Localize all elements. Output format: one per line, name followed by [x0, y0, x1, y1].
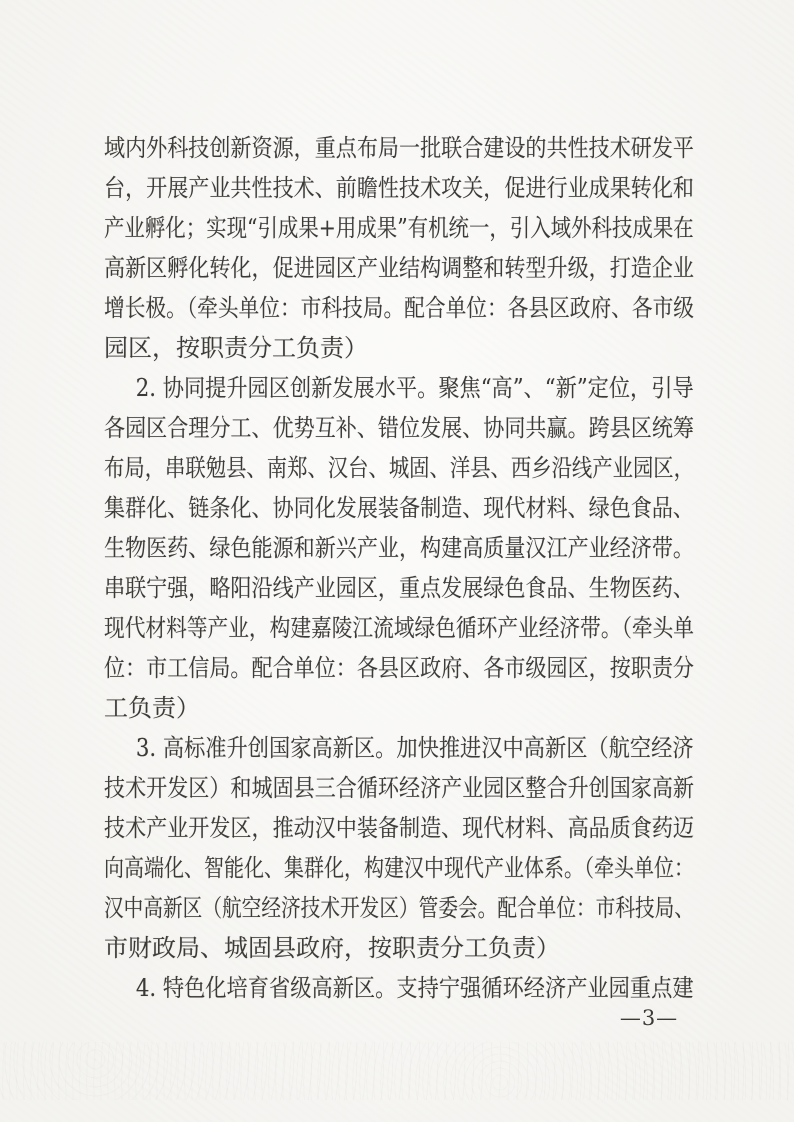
page-number: —3— — [617, 1003, 681, 1033]
paragraph-continuation: 域内外科技创新资源，重点布局一批联合建设的共性技术研发平 台，开展产业共性技术、… — [104, 128, 694, 368]
text-line: 各园区合理分工、优势互补、错位发展、协同共赢。跨县区统筹 — [104, 408, 622, 448]
paragraph-item-4: 4. 特色化培育省级高新区。支持宁强循环经济产业园重点建 — [104, 968, 694, 1008]
document-body: 域内外科技创新资源，重点布局一批联合建设的共性技术研发平 台，开展产业共性技术、… — [104, 128, 694, 1008]
paragraph-item-3: 3. 高标准升创国家高新区。加快推进汉中高新区（航空经济 技术开发区）和城固县三… — [104, 728, 694, 968]
text-line: 汉中高新区（航空经济技术开发区）管委会。配合单位：市科技局、 — [104, 888, 587, 928]
text-line: 产业孵化；实现“引成果+用成果”有机统一，引入域外科技成果在 — [104, 208, 606, 248]
text-line: 串联宁强，略阳沿线产业园区，重点发展绿色食品、生物医药、 — [104, 568, 622, 608]
text-line: 高新区孵化转化，促进园区产业结构调整和转型升级，打造企业 — [104, 248, 622, 288]
text-line: 现代材料等产业，构建嘉陵江流域绿色循环产业经济带。（牵头单 — [104, 608, 613, 648]
text-line: 园区，按职责分工负责） — [104, 328, 694, 368]
text-line: 域内外科技创新资源，重点布局一批联合建设的共性技术研发平 — [104, 128, 622, 168]
text-line: 工负责） — [104, 688, 694, 728]
text-line: 市财政局、城固县政府，按职责分工负责） — [104, 928, 694, 968]
text-line: 技术产业开发区，推动汉中装备制造、现代材料、高品质食药迈 — [104, 808, 622, 848]
text-line: 生物医药、绿色能源和新兴产业，构建高质量汉江产业经济带。 — [104, 528, 622, 568]
text-line: 位：市工信局。配合单位：各县区政府、各市级园区，按职责分 — [104, 648, 622, 688]
text-line: 2. 协同提升园区创新发展水平。聚焦“高”、“新”定位，引导 — [104, 368, 625, 408]
text-line: 增长极。（牵头单位：市科技局。配合单位：各县区政府、各市级 — [104, 288, 613, 328]
text-line: 3. 高标准升创国家高新区。加快推进汉中高新区（航空经济 — [104, 728, 626, 768]
scan-noise-band — [0, 1042, 794, 1100]
text-line: 台，开展产业共性技术、前瞻性技术攻关，促进行业成果转化和 — [104, 168, 622, 208]
paragraph-item-2: 2. 协同提升园区创新发展水平。聚焦“高”、“新”定位，引导 各园区合理分工、优… — [104, 368, 694, 728]
text-line: 集群化、链条化、协同化发展装备制造、现代材料、绿色食品、 — [104, 488, 622, 528]
text-line: 4. 特色化培育省级高新区。支持宁强循环经济产业园重点建 — [104, 968, 626, 1008]
text-line: 向高端化、智能化、集群化，构建汉中现代产业体系。（牵头单位： — [104, 848, 596, 888]
text-line: 技术开发区）和城固县三合循环经济产业园区整合升创国家高新 — [104, 768, 622, 808]
text-line: 布局，串联勉县、南郑、汉台、城固、洋县、西乡沿线产业园区， — [104, 448, 604, 488]
